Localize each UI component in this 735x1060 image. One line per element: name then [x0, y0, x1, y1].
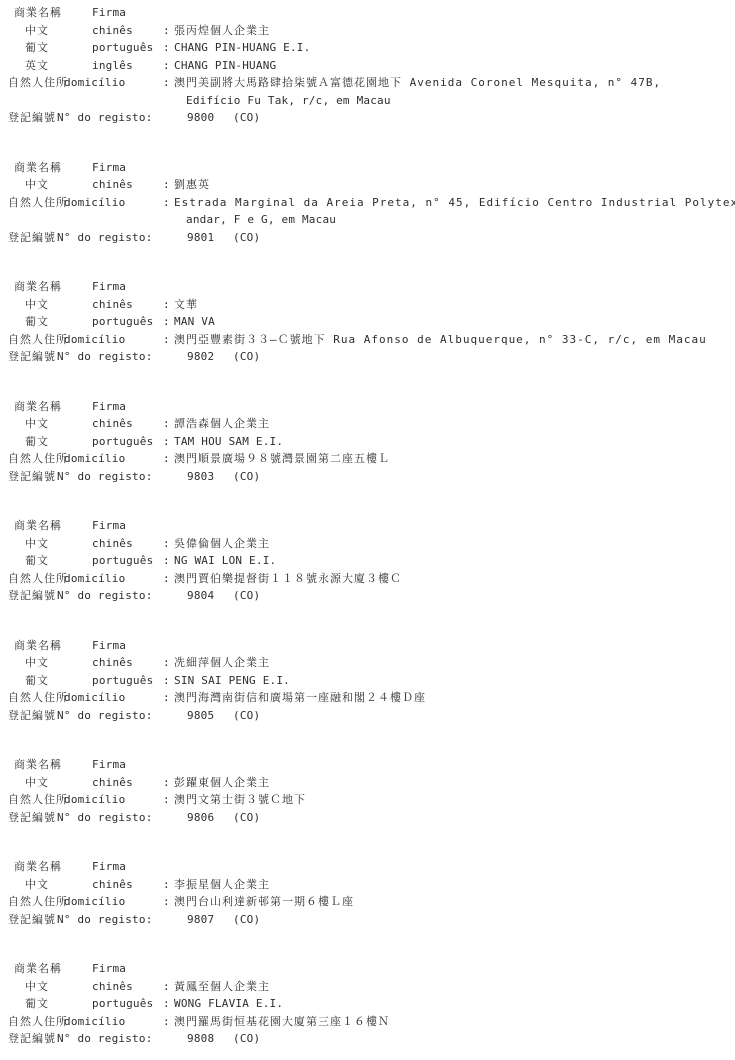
record-row: 登記編號N° do registo:9804(CO): [0, 588, 735, 606]
chinese-name-label-zh: 中文: [25, 979, 49, 995]
address-value-line1: 澳門賈伯樂提督街１１８號永源大廈３樓Ｃ: [174, 571, 402, 587]
colon-separator: :: [163, 996, 170, 1012]
portuguese-name-label-zh: 葡文: [25, 40, 49, 56]
business-record: 商業名稱Firma中文chinês:吳偉倫個人企業主葡文português:NG…: [0, 518, 735, 606]
address-value-line1: 澳門台山利達新邨第一期６樓Ｌ座: [174, 894, 354, 910]
portuguese-name-value: CHANG PIN-HUANG E.I.: [174, 40, 310, 56]
record-row: 登記編號N° do registo:9802(CO): [0, 349, 735, 367]
chinese-name-label-pt: chinês: [92, 177, 133, 193]
registry-number-value: 9806: [187, 810, 214, 826]
registry-number-value: 9803: [187, 469, 214, 485]
firm-label-pt: Firma: [92, 961, 126, 977]
registry-label-zh: 登記編號: [8, 469, 56, 485]
registry-label-zh: 登記編號: [8, 1031, 56, 1047]
registry-number-value: 9800: [187, 110, 214, 126]
registry-label-zh: 登記編號: [8, 810, 56, 826]
registry-label-zh: 登記編號: [8, 230, 56, 246]
portuguese-name-value: NG WAI LON E.I.: [174, 553, 276, 569]
record-row: 中文chinês:黃鳳至個人企業主: [0, 979, 735, 997]
chinese-name-label-zh: 中文: [25, 23, 49, 39]
firm-label-zh: 商業名稱: [14, 638, 62, 654]
firm-label-pt: Firma: [92, 399, 126, 415]
address-value-line1: 澳門文第士街３號Ｃ地下: [174, 792, 306, 808]
gazette-page: 商業名稱Firma中文chinês:張丙煌個人企業主葡文português:CH…: [0, 0, 735, 1049]
colon-separator: :: [163, 792, 170, 808]
chinese-name-label-pt: chinês: [92, 23, 133, 39]
registry-label-zh: 登記編號: [8, 912, 56, 928]
colon-separator: :: [163, 177, 170, 193]
firm-label-pt: Firma: [92, 279, 126, 295]
record-row: 葡文português:TAM HOU SAM E.I.: [0, 434, 735, 452]
record-row: 自然人住所domicílio:澳門賈伯樂提督街１１８號永源大廈３樓Ｃ: [0, 571, 735, 589]
portuguese-name-value: MAN VA: [174, 314, 215, 330]
colon-separator: :: [163, 332, 170, 348]
firm-label-zh: 商業名稱: [14, 279, 62, 295]
portuguese-name-value: SIN SAI PENG E.I.: [174, 673, 290, 689]
address-label-zh: 自然人住所: [8, 195, 68, 211]
registry-suffix: (CO): [233, 110, 260, 126]
registry-label-pt: N° do registo:: [57, 349, 153, 365]
business-record: 商業名稱Firma中文chinês:彭躍東個人企業主自然人住所domicílio…: [0, 757, 735, 827]
firm-label-zh: 商業名稱: [14, 961, 62, 977]
english-name-label-zh: 英文: [25, 58, 49, 74]
address-label-zh: 自然人住所: [8, 571, 68, 587]
address-label-pt: domicílio: [64, 195, 125, 211]
record-row: Edifício Fu Tak, r/c, em Macau: [0, 93, 735, 111]
chinese-name-value: 彭躍東個人企業主: [174, 775, 270, 791]
record-row: 商業名稱Firma: [0, 399, 735, 417]
portuguese-name-label-pt: português: [92, 434, 153, 450]
registry-label-pt: N° do registo:: [57, 469, 153, 485]
colon-separator: :: [163, 195, 170, 211]
address-value-line1: 澳門美副將大馬路肆拾柒號Ａ富德花園地下 Avenida Coronel Mesq…: [174, 75, 661, 91]
record-row: 中文chinês:張丙煌個人企業主: [0, 23, 735, 41]
record-row: 自然人住所domicílio:Estrada Marginal da Areia…: [0, 195, 735, 213]
records-container: 商業名稱Firma中文chinês:張丙煌個人企業主葡文português:CH…: [0, 5, 735, 1049]
chinese-name-value: 李振星個人企業主: [174, 877, 270, 893]
address-label-pt: domicílio: [64, 690, 125, 706]
record-row: 商業名稱Firma: [0, 638, 735, 656]
address-value-line2: andar, F e G, em Macau: [186, 212, 336, 228]
firm-label-zh: 商業名稱: [14, 859, 62, 875]
record-row: 商業名稱Firma: [0, 859, 735, 877]
record-row: 葡文português:NG WAI LON E.I.: [0, 553, 735, 571]
portuguese-name-label-pt: português: [92, 996, 153, 1012]
address-label-pt: domicílio: [64, 894, 125, 910]
colon-separator: :: [163, 58, 170, 74]
firm-label-pt: Firma: [92, 160, 126, 176]
registry-label-pt: N° do registo:: [57, 810, 153, 826]
portuguese-name-label-zh: 葡文: [25, 434, 49, 450]
address-label-pt: domicílio: [64, 571, 125, 587]
record-row: 中文chinês:文華: [0, 297, 735, 315]
record-row: 自然人住所domicílio:澳門羅馬街恒基花園大廈第三座１６樓Ｎ: [0, 1014, 735, 1032]
record-row: 葡文português:CHANG PIN-HUANG E.I.: [0, 40, 735, 58]
address-label-zh: 自然人住所: [8, 332, 68, 348]
firm-label-zh: 商業名稱: [14, 757, 62, 773]
firm-label-pt: Firma: [92, 859, 126, 875]
record-row: 商業名稱Firma: [0, 518, 735, 536]
chinese-name-label-zh: 中文: [25, 536, 49, 552]
chinese-name-label-zh: 中文: [25, 877, 49, 893]
record-row: 登記編號N° do registo:9800(CO): [0, 110, 735, 128]
registry-suffix: (CO): [233, 708, 260, 724]
record-row: 自然人住所domicílio:澳門亞豐素街３３—Ｃ號地下 Rua Afonso …: [0, 332, 735, 350]
registry-suffix: (CO): [233, 230, 260, 246]
registry-number-value: 9804: [187, 588, 214, 604]
chinese-name-label-zh: 中文: [25, 177, 49, 193]
colon-separator: :: [163, 75, 170, 91]
record-row: 商業名稱Firma: [0, 279, 735, 297]
address-label-pt: domicílio: [64, 1014, 125, 1030]
business-record: 商業名稱Firma中文chinês:冼細萍個人企業主葡文português:SI…: [0, 638, 735, 726]
record-row: 中文chinês:劉惠英: [0, 177, 735, 195]
portuguese-name-label-pt: português: [92, 553, 153, 569]
chinese-name-label-pt: chinês: [92, 416, 133, 432]
chinese-name-label-pt: chinês: [92, 655, 133, 671]
address-value-line2: Edifício Fu Tak, r/c, em Macau: [186, 93, 391, 109]
address-label-zh: 自然人住所: [8, 451, 68, 467]
record-row: 登記編號N° do registo:9806(CO): [0, 810, 735, 828]
colon-separator: :: [163, 434, 170, 450]
registry-suffix: (CO): [233, 349, 260, 365]
firm-label-zh: 商業名稱: [14, 160, 62, 176]
record-row: 葡文português:MAN VA: [0, 314, 735, 332]
business-record: 商業名稱Firma中文chinês:李振星個人企業主自然人住所domicílio…: [0, 859, 735, 929]
record-row: 中文chinês:冼細萍個人企業主: [0, 655, 735, 673]
chinese-name-value: 文華: [174, 297, 198, 313]
registry-label-pt: N° do registo:: [57, 230, 153, 246]
registry-label-pt: N° do registo:: [57, 708, 153, 724]
chinese-name-value: 譚浩森個人企業主: [174, 416, 270, 432]
registry-label-zh: 登記編號: [8, 588, 56, 604]
chinese-name-label-zh: 中文: [25, 416, 49, 432]
portuguese-name-value: WONG FLAVIA E.I.: [174, 996, 283, 1012]
firm-label-zh: 商業名稱: [14, 399, 62, 415]
address-label-zh: 自然人住所: [8, 75, 68, 91]
record-row: 商業名稱Firma: [0, 5, 735, 23]
registry-number-value: 9802: [187, 349, 214, 365]
record-row: 登記編號N° do registo:9803(CO): [0, 469, 735, 487]
registry-label-zh: 登記編號: [8, 349, 56, 365]
english-name-label-pt: inglês: [92, 58, 133, 74]
portuguese-name-label-pt: português: [92, 673, 153, 689]
registry-number-value: 9808: [187, 1031, 214, 1047]
business-record: 商業名稱Firma中文chinês:劉惠英自然人住所domicílio:Estr…: [0, 160, 735, 248]
address-label-pt: domicílio: [64, 75, 125, 91]
english-name-value: CHANG PIN-HUANG: [174, 58, 276, 74]
record-row: 商業名稱Firma: [0, 160, 735, 178]
registry-label-pt: N° do registo:: [57, 912, 153, 928]
registry-suffix: (CO): [233, 912, 260, 928]
firm-label-pt: Firma: [92, 638, 126, 654]
chinese-name-value: 黃鳳至個人企業主: [174, 979, 270, 995]
chinese-name-value: 張丙煌個人企業主: [174, 23, 270, 39]
colon-separator: :: [163, 690, 170, 706]
record-row: 中文chinês:譚浩森個人企業主: [0, 416, 735, 434]
colon-separator: :: [163, 23, 170, 39]
firm-label-pt: Firma: [92, 518, 126, 534]
colon-separator: :: [163, 571, 170, 587]
chinese-name-value: 吳偉倫個人企業主: [174, 536, 270, 552]
record-row: 英文inglês:CHANG PIN-HUANG: [0, 58, 735, 76]
chinese-name-value: 冼細萍個人企業主: [174, 655, 270, 671]
chinese-name-label-pt: chinês: [92, 297, 133, 313]
registry-number-value: 9805: [187, 708, 214, 724]
address-label-zh: 自然人住所: [8, 792, 68, 808]
portuguese-name-label-pt: português: [92, 314, 153, 330]
registry-label-pt: N° do registo:: [57, 588, 153, 604]
business-record: 商業名稱Firma中文chinês:譚浩森個人企業主葡文português:TA…: [0, 399, 735, 487]
record-row: 登記編號N° do registo:9801(CO): [0, 230, 735, 248]
chinese-name-value: 劉惠英: [174, 177, 210, 193]
colon-separator: :: [163, 451, 170, 467]
business-record: 商業名稱Firma中文chinês:張丙煌個人企業主葡文português:CH…: [0, 5, 735, 128]
chinese-name-label-pt: chinês: [92, 775, 133, 791]
record-row: 登記編號N° do registo:9807(CO): [0, 912, 735, 930]
portuguese-name-label-zh: 葡文: [25, 673, 49, 689]
portuguese-name-label-pt: português: [92, 40, 153, 56]
firm-label-pt: Firma: [92, 5, 126, 21]
chinese-name-label-pt: chinês: [92, 877, 133, 893]
record-row: 自然人住所domicílio:澳門順景廣場９８號灣景園第二座五樓Ｌ: [0, 451, 735, 469]
registry-label-zh: 登記編號: [8, 110, 56, 126]
chinese-name-label-zh: 中文: [25, 775, 49, 791]
record-row: 商業名稱Firma: [0, 961, 735, 979]
record-row: 自然人住所domicílio:澳門文第士街３號Ｃ地下: [0, 792, 735, 810]
chinese-name-label-zh: 中文: [25, 655, 49, 671]
chinese-name-label-pt: chinês: [92, 536, 133, 552]
record-row: 葡文português:WONG FLAVIA E.I.: [0, 996, 735, 1014]
address-value-line1: 澳門順景廣場９８號灣景園第二座五樓Ｌ: [174, 451, 390, 467]
colon-separator: :: [163, 314, 170, 330]
address-label-pt: domicílio: [64, 332, 125, 348]
registry-suffix: (CO): [233, 810, 260, 826]
record-row: 自然人住所domicílio:澳門海灣南街信和廣場第一座融和閣２４樓Ｄ座: [0, 690, 735, 708]
record-row: 中文chinês:李振星個人企業主: [0, 877, 735, 895]
firm-label-zh: 商業名稱: [14, 518, 62, 534]
address-value-line1: 澳門羅馬街恒基花園大廈第三座１６樓Ｎ: [174, 1014, 390, 1030]
address-label-pt: domicílio: [64, 792, 125, 808]
chinese-name-label-zh: 中文: [25, 297, 49, 313]
address-label-zh: 自然人住所: [8, 690, 68, 706]
registry-label-zh: 登記編號: [8, 708, 56, 724]
colon-separator: :: [163, 536, 170, 552]
business-record: 商業名稱Firma中文chinês:文華葡文português:MAN VA自然…: [0, 279, 735, 367]
registry-number-value: 9801: [187, 230, 214, 246]
portuguese-name-label-zh: 葡文: [25, 553, 49, 569]
registry-suffix: (CO): [233, 1031, 260, 1047]
record-row: 中文chinês:彭躍東個人企業主: [0, 775, 735, 793]
firm-label-pt: Firma: [92, 757, 126, 773]
business-record: 商業名稱Firma中文chinês:黃鳳至個人企業主葡文português:WO…: [0, 961, 735, 1049]
portuguese-name-label-zh: 葡文: [25, 996, 49, 1012]
record-row: 登記編號N° do registo:9808(CO): [0, 1031, 735, 1049]
address-label-pt: domicílio: [64, 451, 125, 467]
colon-separator: :: [163, 877, 170, 893]
portuguese-name-value: TAM HOU SAM E.I.: [174, 434, 283, 450]
address-value-line1: 澳門亞豐素街３３—Ｃ號地下 Rua Afonso de Albuquerque,…: [174, 332, 707, 348]
record-row: 登記編號N° do registo:9805(CO): [0, 708, 735, 726]
registry-label-pt: N° do registo:: [57, 1031, 153, 1047]
colon-separator: :: [163, 40, 170, 56]
address-value-line1: 澳門海灣南街信和廣場第一座融和閣２４樓Ｄ座: [174, 690, 426, 706]
address-label-zh: 自然人住所: [8, 1014, 68, 1030]
record-row: 商業名稱Firma: [0, 757, 735, 775]
portuguese-name-label-zh: 葡文: [25, 314, 49, 330]
record-row: 自然人住所domicílio:澳門美副將大馬路肆拾柒號Ａ富德花園地下 Aveni…: [0, 75, 735, 93]
colon-separator: :: [163, 297, 170, 313]
record-row: 中文chinês:吳偉倫個人企業主: [0, 536, 735, 554]
record-row: andar, F e G, em Macau: [0, 212, 735, 230]
colon-separator: :: [163, 775, 170, 791]
registry-number-value: 9807: [187, 912, 214, 928]
registry-suffix: (CO): [233, 469, 260, 485]
chinese-name-label-pt: chinês: [92, 979, 133, 995]
record-row: 自然人住所domicílio:澳門台山利達新邨第一期６樓Ｌ座: [0, 894, 735, 912]
registry-suffix: (CO): [233, 588, 260, 604]
colon-separator: :: [163, 553, 170, 569]
colon-separator: :: [163, 416, 170, 432]
firm-label-zh: 商業名稱: [14, 5, 62, 21]
registry-label-pt: N° do registo:: [57, 110, 153, 126]
record-row: 葡文português:SIN SAI PENG E.I.: [0, 673, 735, 691]
colon-separator: :: [163, 655, 170, 671]
address-value-line1: Estrada Marginal da Areia Preta, n° 45, …: [174, 195, 735, 211]
colon-separator: :: [163, 894, 170, 910]
colon-separator: :: [163, 979, 170, 995]
colon-separator: :: [163, 1014, 170, 1030]
colon-separator: :: [163, 673, 170, 689]
address-label-zh: 自然人住所: [8, 894, 68, 910]
